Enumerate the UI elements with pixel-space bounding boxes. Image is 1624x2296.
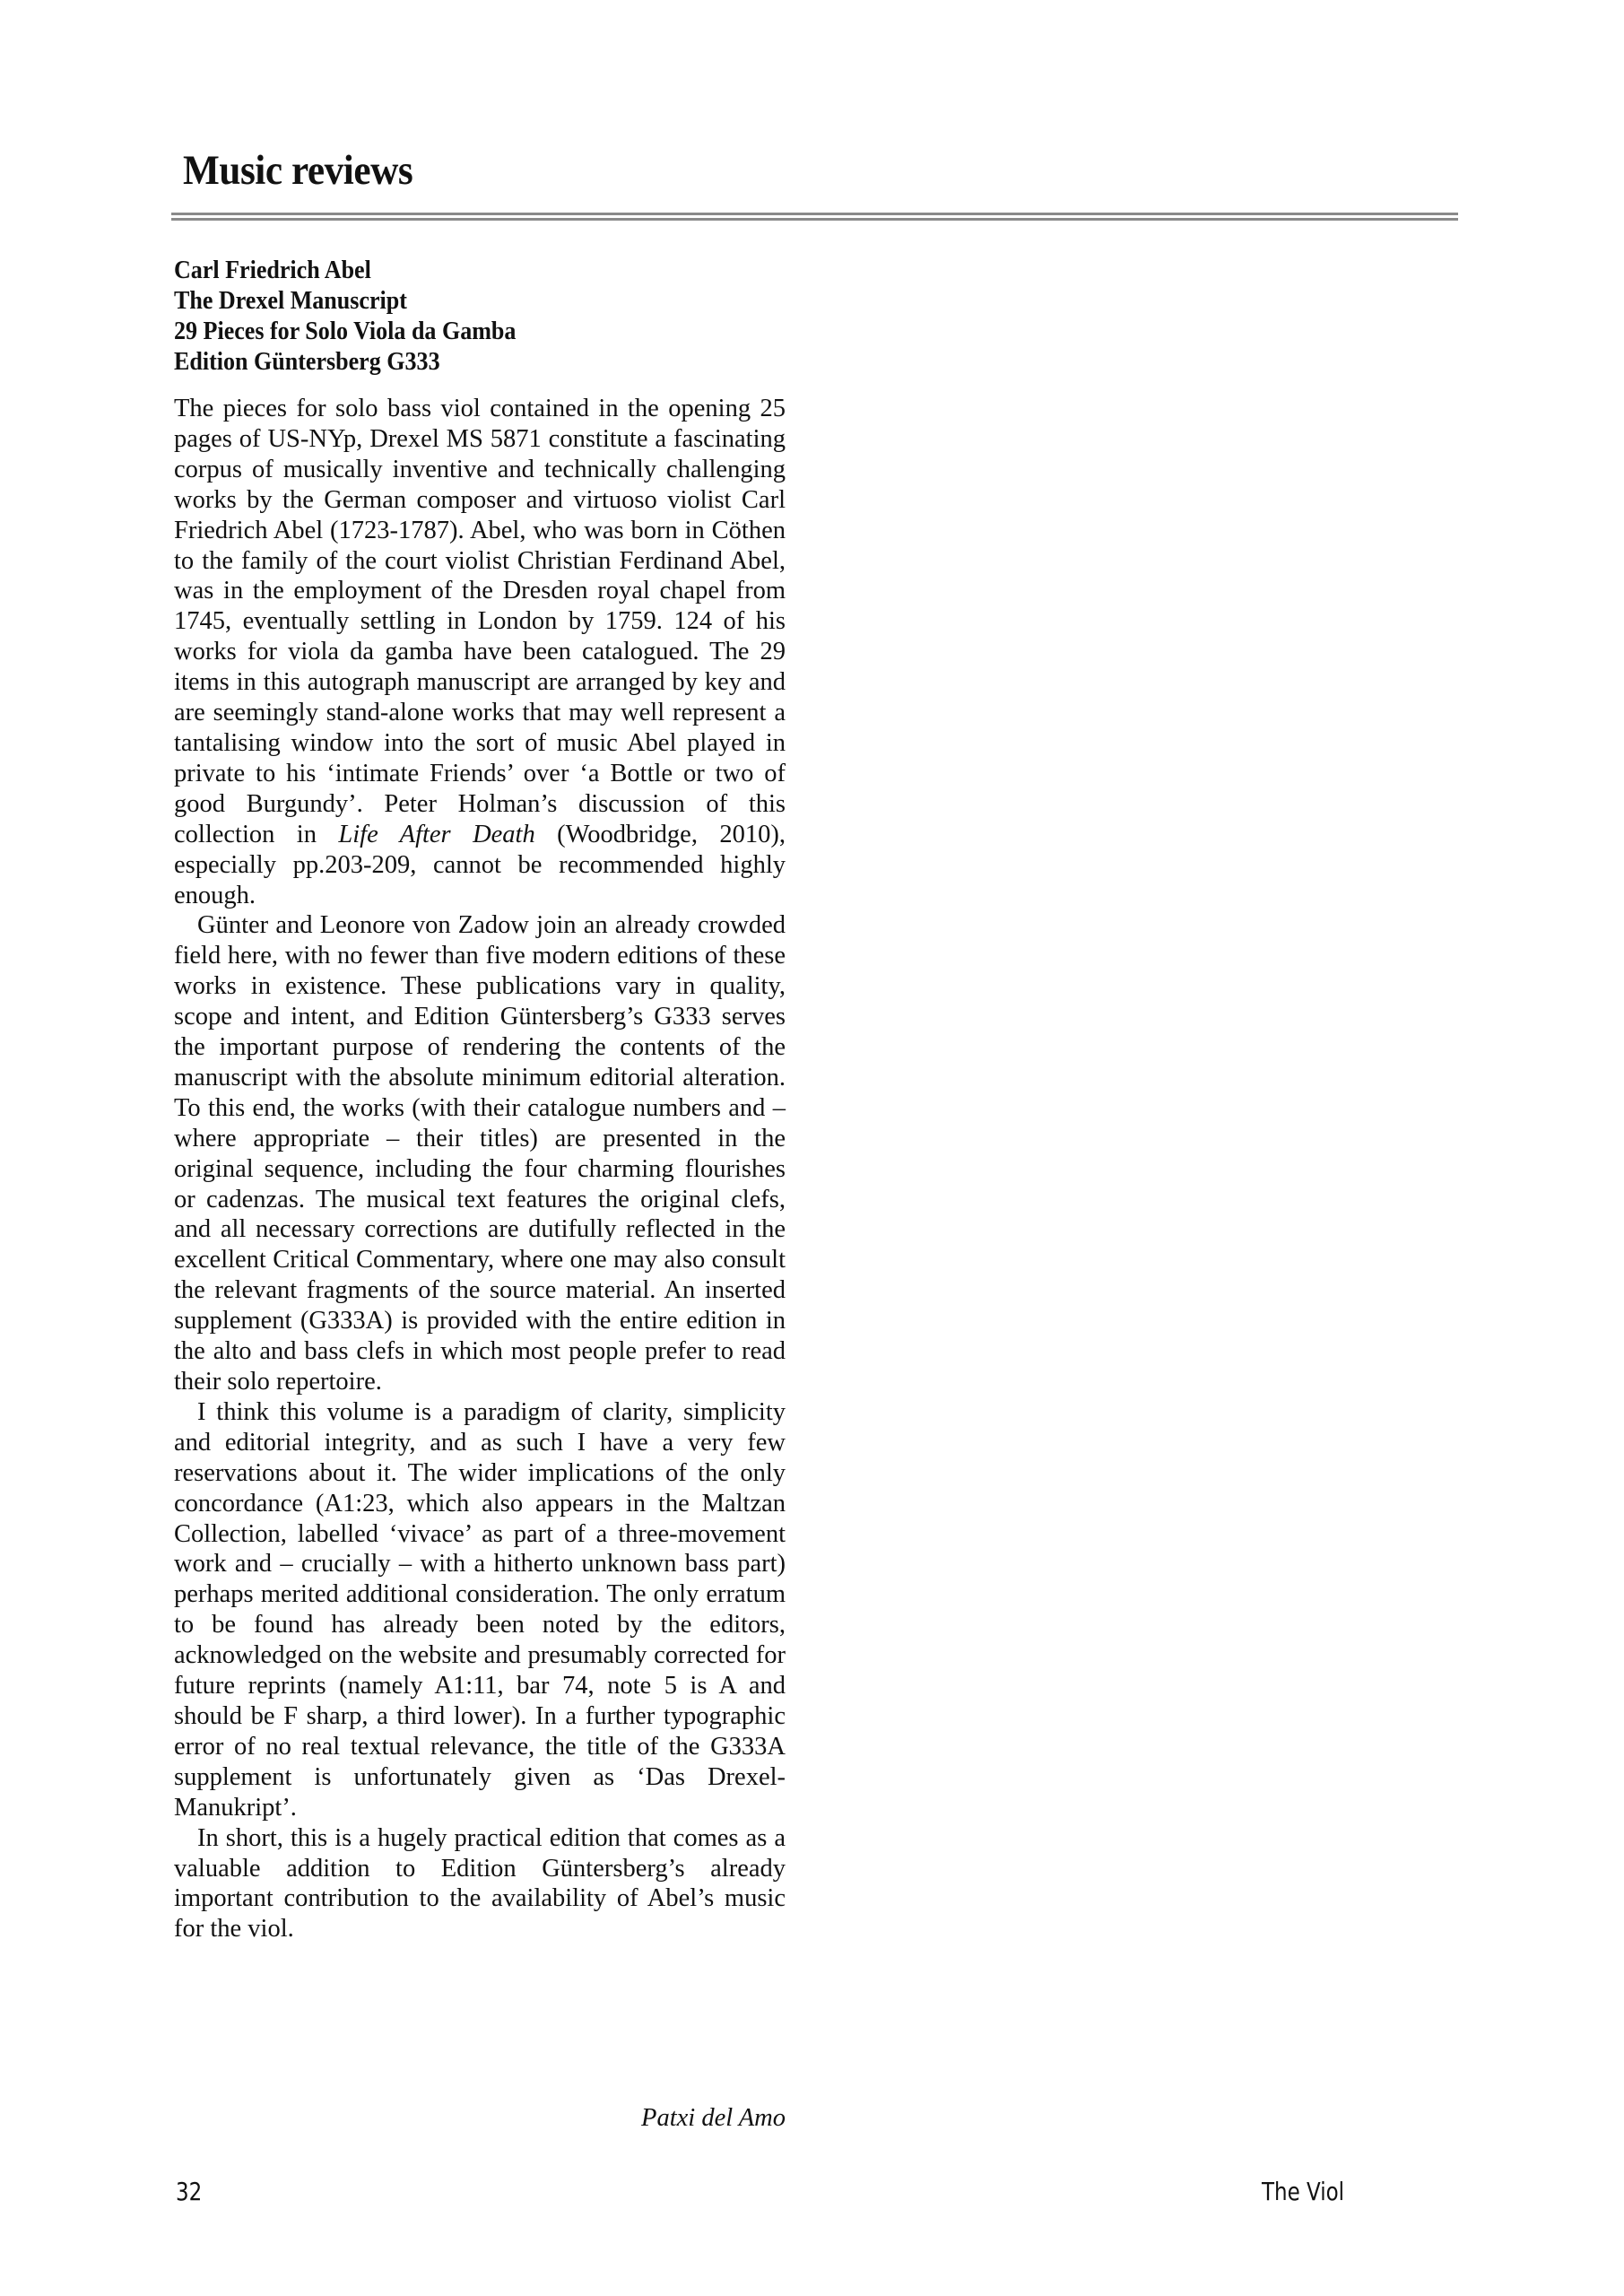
review-paragraph-1: The pieces for solo bass viol contained … — [174, 394, 786, 910]
header-rule-top — [171, 213, 1458, 215]
review-paragraph-4: In short, this is a hugely practical edi… — [174, 1823, 786, 1945]
paragraph-text: The pieces for solo bass viol contained … — [174, 395, 786, 848]
page-number: 32 — [176, 2177, 202, 2207]
review-paragraph-3: I think this volume is a paradigm of cla… — [174, 1397, 786, 1823]
publisher-edition: Edition Güntersberg G333 — [174, 347, 750, 378]
section-title: Music reviews — [183, 143, 413, 197]
review-body: The pieces for solo bass viol contained … — [174, 394, 786, 1944]
review-paragraph-2: Günter and Leonore von Zadow join an alr… — [174, 910, 786, 1397]
composer-name: Carl Friedrich Abel — [174, 256, 750, 286]
book-title: Life After Death — [338, 821, 534, 848]
work-title: The Drexel Manuscript — [174, 286, 750, 317]
work-subtitle: 29 Pieces for Solo Viola da Gamba — [174, 317, 750, 347]
review-heading: Carl Friedrich Abel The Drexel Manuscrip… — [174, 256, 750, 378]
reviewer-signature: Patxi del Amo — [174, 2103, 786, 2134]
journal-title: The Viol — [1262, 2177, 1344, 2207]
header-rule-bottom — [171, 218, 1458, 221]
